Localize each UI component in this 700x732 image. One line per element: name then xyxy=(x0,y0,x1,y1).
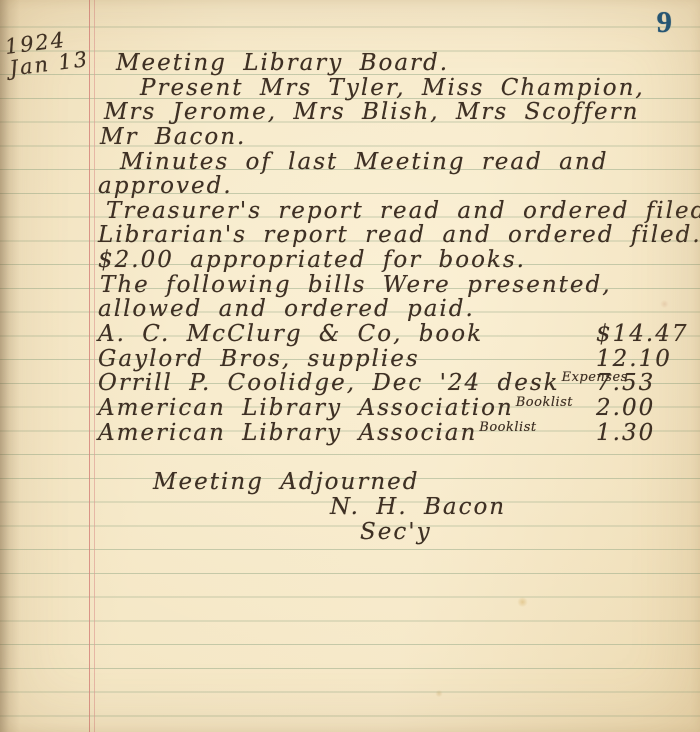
bill-note-superscript: Booklist xyxy=(479,420,536,435)
minutes-line: Librarian's report read and ordered file… xyxy=(98,223,698,248)
ledger-page: 9 1924 Jan 13 Meeting Library Board. Pre… xyxy=(0,0,700,732)
minutes-line: allowed and ordered paid. xyxy=(98,297,698,322)
gutter-shadow xyxy=(0,0,20,732)
bill-amount: 2.00 xyxy=(596,396,655,421)
bill-payee: Orrill P. Coolidge, Dec '24 desk xyxy=(98,370,560,396)
bill-row: American Library AssocianBooklist 1.30 xyxy=(98,421,698,446)
minutes-line: Meeting Library Board. xyxy=(116,51,698,76)
bill-row: A. C. McClurg & Co, book $14.47 xyxy=(98,322,698,347)
secretary-signature: N. H. Bacon xyxy=(330,495,698,520)
secretary-title: Sec'y xyxy=(360,520,698,545)
bill-amount: $14.47 xyxy=(596,322,688,347)
bill-amount: 7.53 xyxy=(596,371,655,396)
bill-payee: American Library Association xyxy=(98,395,514,421)
minutes-line: Mr Bacon. xyxy=(100,125,698,150)
minutes-line: Present Mrs Tyler, Miss Champion, xyxy=(140,76,698,101)
minutes-line: Minutes of last Meeting read and xyxy=(120,150,698,175)
minutes-body: Meeting Library Board. Present Mrs Tyler… xyxy=(98,51,698,544)
bill-payee: Gaylord Bros, supplies xyxy=(98,346,420,372)
closing-block: Meeting Adjourned N. H. Bacon Sec'y xyxy=(98,470,698,544)
minutes-line: approved. xyxy=(98,174,698,199)
bill-payee: A. C. McClurg & Co, book xyxy=(98,321,483,347)
red-margin-line xyxy=(89,0,95,732)
page-number-stamp: 9 xyxy=(657,4,673,40)
minutes-line: Treasurer's report read and ordered file… xyxy=(106,199,698,224)
bill-note-superscript: Booklist xyxy=(516,395,573,410)
minutes-line: Mrs Jerome, Mrs Blish, Mrs Scoffern xyxy=(104,100,698,125)
bill-row: American Library AssociationBooklist 2.0… xyxy=(98,396,698,421)
bill-row: Orrill P. Coolidge, Dec '24 deskExpenses… xyxy=(98,371,698,396)
minutes-line: $2.00 appropriated for books. xyxy=(98,248,698,273)
bill-payee: American Library Associan xyxy=(98,420,477,446)
bill-amount: 12.10 xyxy=(596,347,672,372)
bill-amount: 1.30 xyxy=(596,421,655,446)
entry-date-column: 1924 Jan 13 xyxy=(4,26,91,80)
bill-row: Gaylord Bros, supplies 12.10 xyxy=(98,347,698,372)
minutes-line: The following bills Were presented, xyxy=(100,273,698,298)
adjournment-line: Meeting Adjourned xyxy=(153,470,698,495)
